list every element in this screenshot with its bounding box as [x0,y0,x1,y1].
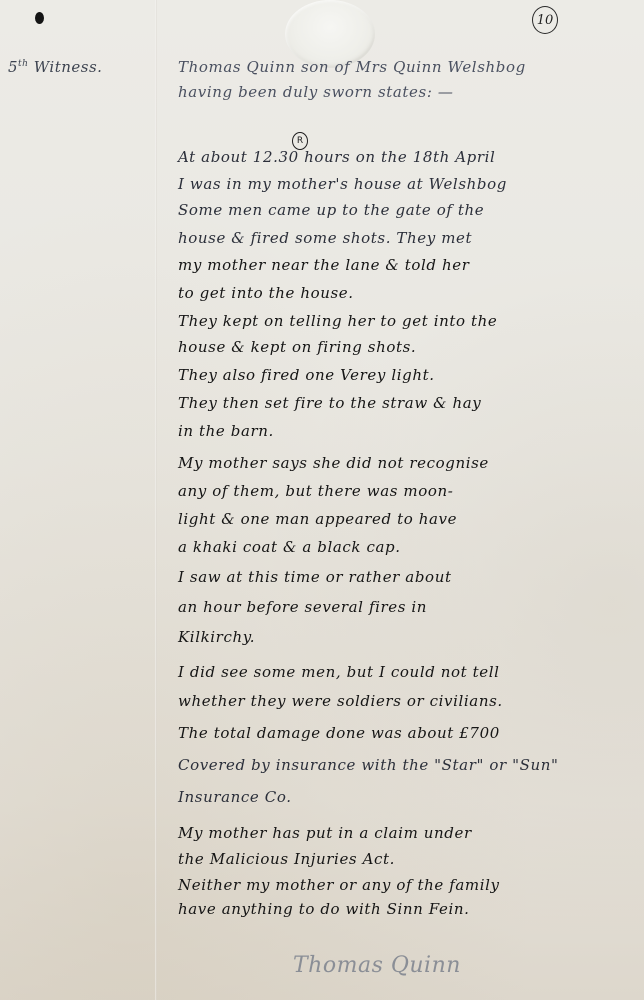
page-number: 10 [532,6,558,34]
statement-line: The total damage done was about £700 [178,724,500,742]
statement-line: They also fired one Verey light. [178,366,435,384]
statement-line: any of them, but there was moon- [178,482,453,500]
witness-ordinal: 5 [8,58,18,76]
statement-line: the Malicious Injuries Act. [178,850,395,868]
statement-line: having been duly sworn states: — [178,83,453,101]
statement-line: house & kept on firing shots. [178,338,416,356]
statement-line: Thomas Quinn son of Mrs Quinn Welshbog [178,58,526,76]
statement-line: They kept on telling her to get into the [178,312,497,330]
statement-line: Some men came up to the gate of the [178,201,484,219]
statement-line: Neither my mother or any of the family [178,876,500,894]
statement-line: My mother says she did not recognise [178,454,489,472]
witness-ordinal-suffix: th [18,59,28,69]
annotation-letter: R [297,136,303,146]
statement-line: a khaki coat & a black cap. [178,538,401,556]
statement-line: to get into the house. [178,284,354,302]
statement-line: Covered by insurance with the "Star" or … [178,756,559,774]
statement-line: an hour before several fires in [178,598,427,616]
statement-line: light & one man appeared to have [178,510,457,528]
statement-line: I did see some men, but I could not tell [178,663,500,681]
statement-line: I was in my mother's house at Welshbog [178,175,507,193]
margin-fold-line [155,0,157,1000]
page-number-text: 10 [537,13,554,28]
witness-word: Witness. [34,58,103,76]
statement-line: They then set fire to the straw & hay [178,394,481,412]
statement-line: Kilkirchy. [178,628,255,646]
statement-line: in the barn. [178,422,274,440]
signature: Thomas Quinn [293,953,461,978]
punch-hole [35,12,44,24]
statement-line: At about 12.30 hours on the 18th April [178,148,495,166]
statement-line: My mother has put in a claim under [178,824,472,842]
statement-line: house & fired some shots. They met [178,229,472,247]
witness-margin-label: 5th Witness. [8,58,102,76]
statement-line: whether they were soldiers or civilians. [178,692,503,710]
statement-line: have anything to do with Sinn Fein. [178,900,470,918]
statement-line: Insurance Co. [178,788,292,806]
statement-line: my mother near the lane & told her [178,256,469,274]
statement-line: I saw at this time or rather about [178,568,452,586]
